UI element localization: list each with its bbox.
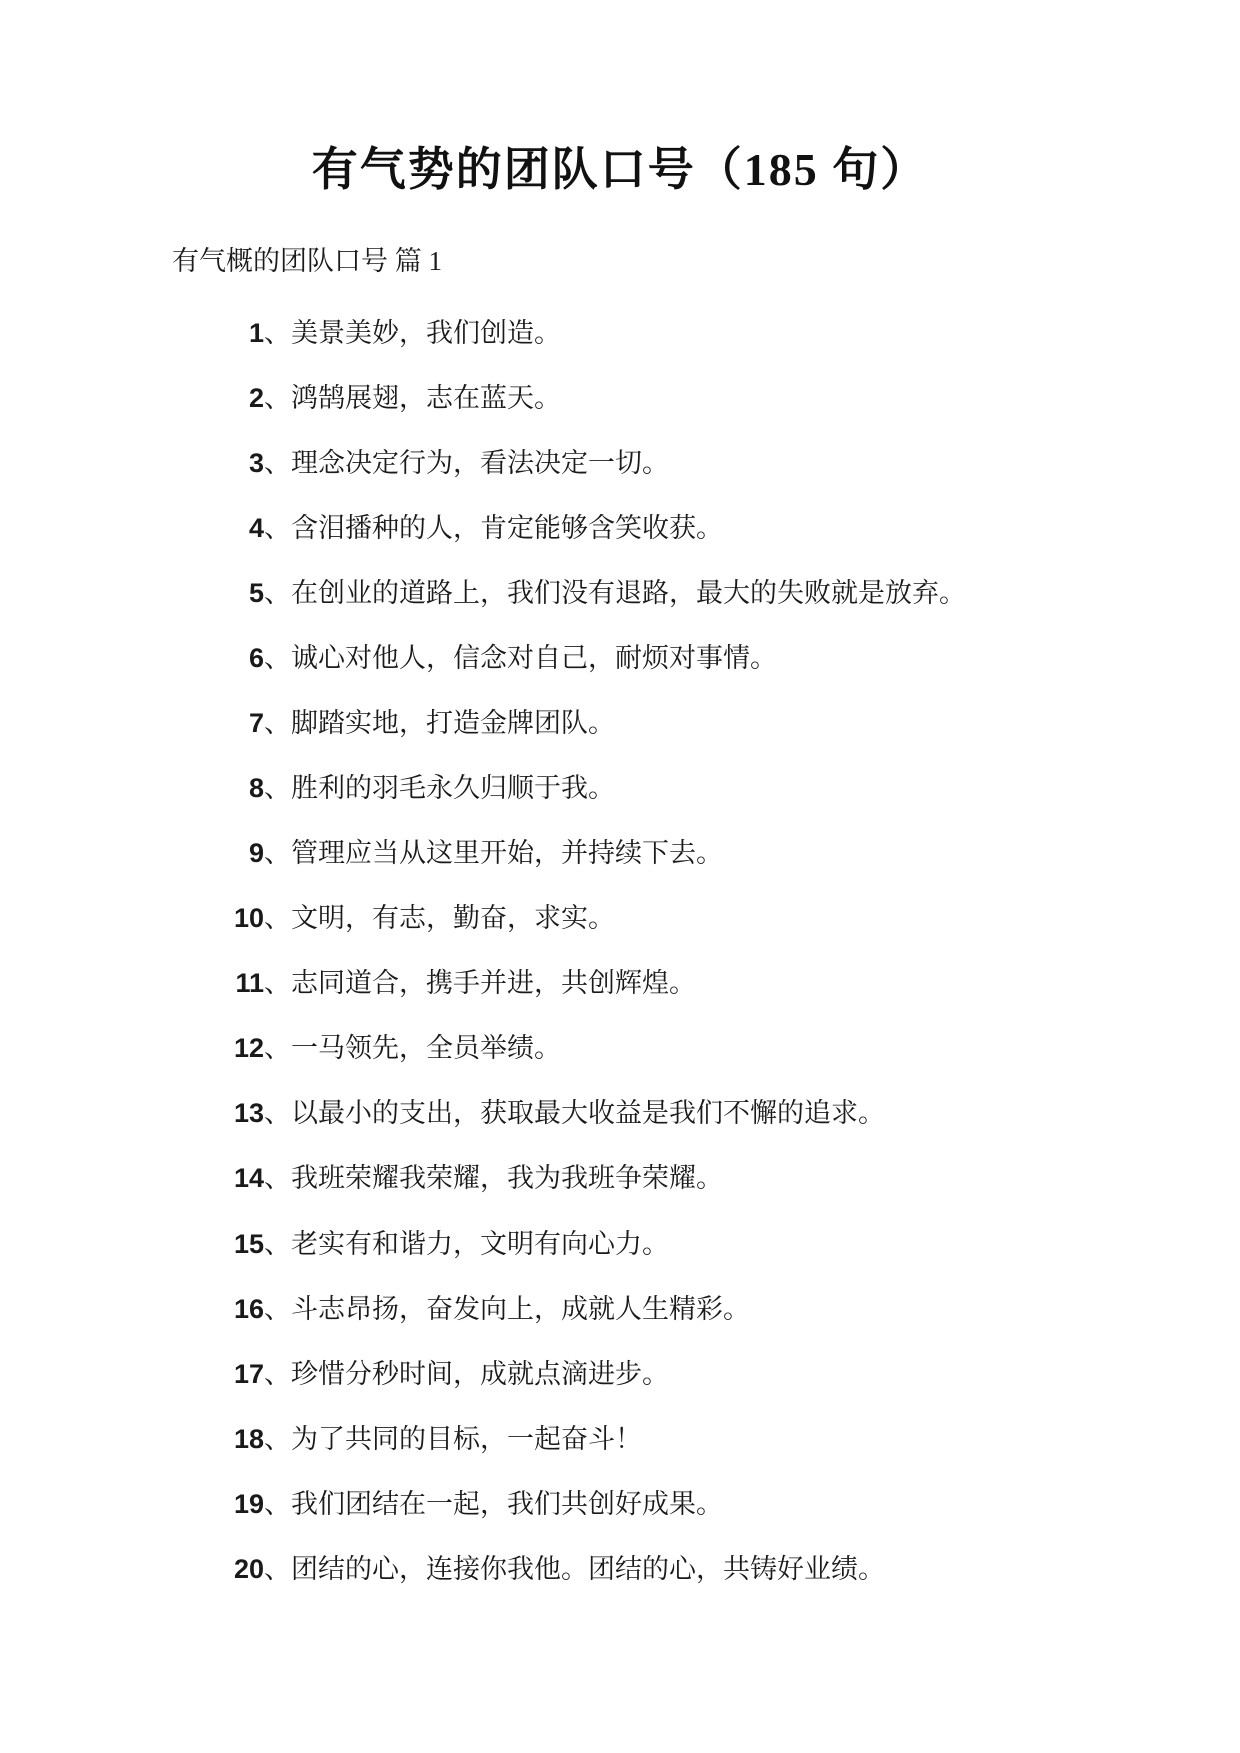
item-separator: 、 — [264, 1098, 291, 1128]
item-text: 脚踏实地，打造金牌团队。 — [291, 708, 615, 738]
item-separator: 、 — [264, 903, 291, 933]
item-text: 斗志昂扬，奋发向上，成就人生精彩。 — [291, 1294, 750, 1324]
item-number-cell: 9、 — [200, 838, 291, 869]
item-text: 团结的心，连接你我他。团结的心，共铸好业绩。 — [291, 1554, 885, 1584]
item-text: 我班荣耀我荣耀，我为我班争荣耀。 — [291, 1163, 723, 1193]
list-item: 7、脚踏实地，打造金牌团队。 — [0, 708, 1240, 739]
item-number: 11 — [235, 968, 264, 998]
item-text: 志同道合，携手并进，共创辉煌。 — [291, 968, 696, 998]
item-text: 为了共同的目标，一起奋斗！ — [291, 1424, 642, 1454]
item-separator: 、 — [264, 1163, 291, 1193]
item-separator: 、 — [264, 773, 291, 803]
section-heading: 有气概的团队口号 篇 1 — [172, 246, 1240, 277]
list-item: 19、我们团结在一起，我们共创好成果。 — [0, 1489, 1240, 1520]
list-item: 13、以最小的支出，获取最大收益是我们不懈的追求。 — [0, 1098, 1240, 1129]
item-number: 1 — [249, 318, 264, 348]
item-separator: 、 — [264, 578, 291, 608]
item-separator: 、 — [264, 1359, 291, 1389]
item-number-cell: 5、 — [200, 578, 291, 609]
item-text: 诚心对他人，信念对自己，耐烦对事情。 — [291, 643, 777, 673]
item-number-cell: 13、 — [200, 1098, 291, 1129]
item-number: 13 — [234, 1098, 264, 1128]
list-item: 10、文明，有志，勤奋，求实。 — [0, 903, 1240, 934]
item-number: 18 — [234, 1424, 264, 1454]
item-number: 3 — [249, 448, 264, 478]
item-separator: 、 — [264, 838, 291, 868]
item-text: 老实有和谐力，文明有向心力。 — [291, 1229, 669, 1259]
item-text: 一马领先，全员举绩。 — [291, 1033, 561, 1063]
item-number-cell: 18、 — [200, 1424, 291, 1455]
list-item: 12、一马领先，全员举绩。 — [0, 1033, 1240, 1064]
list-item: 20、团结的心，连接你我他。团结的心，共铸好业绩。 — [0, 1554, 1240, 1585]
item-number-cell: 20、 — [200, 1554, 291, 1585]
item-separator: 、 — [264, 1294, 291, 1324]
item-number: 9 — [249, 838, 264, 868]
item-number-cell: 14、 — [200, 1163, 291, 1194]
list-item: 4、含泪播种的人，肯定能够含笑收获。 — [0, 513, 1240, 544]
item-text: 在创业的道路上，我们没有退路，最大的失败就是放弃。 — [291, 578, 966, 608]
item-number-cell: 16、 — [200, 1294, 291, 1325]
item-number-cell: 19、 — [200, 1489, 291, 1520]
item-number-cell: 17、 — [200, 1359, 291, 1390]
item-number: 15 — [234, 1229, 264, 1259]
item-number: 10 — [234, 903, 264, 933]
list-item: 1、美景美妙，我们创造。 — [0, 318, 1240, 349]
item-number-cell: 12、 — [200, 1033, 291, 1064]
item-number-cell: 3、 — [200, 448, 291, 479]
item-separator: 、 — [264, 1033, 291, 1063]
item-number-cell: 4、 — [200, 513, 291, 544]
item-number: 5 — [249, 578, 264, 608]
item-number-cell: 7、 — [200, 708, 291, 739]
list-item: 11、志同道合，携手并进，共创辉煌。 — [0, 968, 1240, 999]
list-item: 15、老实有和谐力，文明有向心力。 — [0, 1229, 1240, 1260]
item-number-cell: 1、 — [200, 318, 291, 349]
item-text: 管理应当从这里开始，并持续下去。 — [291, 838, 723, 868]
item-number-cell: 2、 — [200, 383, 291, 414]
list-item: 5、在创业的道路上，我们没有退路，最大的失败就是放弃。 — [0, 578, 1240, 609]
list-item: 16、斗志昂扬，奋发向上，成就人生精彩。 — [0, 1294, 1240, 1325]
list-item: 8、胜利的羽毛永久归顺于我。 — [0, 773, 1240, 804]
item-number: 6 — [249, 643, 264, 673]
item-separator: 、 — [264, 383, 291, 413]
item-number: 7 — [249, 708, 264, 738]
document-title: 有气势的团队口号（185 句） — [0, 140, 1240, 200]
item-number-cell: 10、 — [200, 903, 291, 934]
document-page: 有气势的团队口号（185 句） 有气概的团队口号 篇 1 1、美景美妙，我们创造… — [0, 0, 1240, 1753]
item-number: 17 — [234, 1359, 264, 1389]
item-separator: 、 — [264, 1489, 291, 1519]
item-separator: 、 — [264, 643, 291, 673]
item-separator: 、 — [264, 968, 291, 998]
item-number: 4 — [249, 513, 264, 543]
item-text: 我们团结在一起，我们共创好成果。 — [291, 1489, 723, 1519]
item-number: 12 — [234, 1033, 264, 1063]
item-number: 14 — [234, 1163, 264, 1193]
slogan-list: 1、美景美妙，我们创造。2、鸿鹄展翅，志在蓝天。3、理念决定行为，看法决定一切。… — [0, 318, 1240, 1585]
item-separator: 、 — [264, 1229, 291, 1259]
item-text: 文明，有志，勤奋，求实。 — [291, 903, 615, 933]
item-text: 以最小的支出，获取最大收益是我们不懈的追求。 — [291, 1098, 885, 1128]
item-number-cell: 11、 — [200, 968, 291, 999]
list-item: 14、我班荣耀我荣耀，我为我班争荣耀。 — [0, 1163, 1240, 1194]
item-text: 含泪播种的人，肯定能够含笑收获。 — [291, 513, 723, 543]
item-number: 19 — [234, 1489, 264, 1519]
item-separator: 、 — [264, 1554, 291, 1584]
item-separator: 、 — [264, 513, 291, 543]
item-number: 8 — [249, 773, 264, 803]
item-separator: 、 — [264, 448, 291, 478]
item-separator: 、 — [264, 1424, 291, 1454]
item-text: 胜利的羽毛永久归顺于我。 — [291, 773, 615, 803]
item-text: 理念决定行为，看法决定一切。 — [291, 448, 669, 478]
item-number: 2 — [249, 383, 264, 413]
item-number: 16 — [234, 1294, 264, 1324]
list-item: 18、为了共同的目标，一起奋斗！ — [0, 1424, 1240, 1455]
item-text: 美景美妙，我们创造。 — [291, 318, 561, 348]
item-number-cell: 6、 — [200, 643, 291, 674]
item-number: 20 — [234, 1554, 264, 1584]
list-item: 3、理念决定行为，看法决定一切。 — [0, 448, 1240, 479]
list-item: 2、鸿鹄展翅，志在蓝天。 — [0, 383, 1240, 414]
item-separator: 、 — [264, 318, 291, 348]
item-number-cell: 8、 — [200, 773, 291, 804]
list-item: 17、珍惜分秒时间，成就点滴进步。 — [0, 1359, 1240, 1390]
list-item: 6、诚心对他人，信念对自己，耐烦对事情。 — [0, 643, 1240, 674]
list-item: 9、管理应当从这里开始，并持续下去。 — [0, 838, 1240, 869]
item-number-cell: 15、 — [200, 1229, 291, 1260]
item-text: 珍惜分秒时间，成就点滴进步。 — [291, 1359, 669, 1389]
item-text: 鸿鹄展翅，志在蓝天。 — [291, 383, 561, 413]
item-separator: 、 — [264, 708, 291, 738]
